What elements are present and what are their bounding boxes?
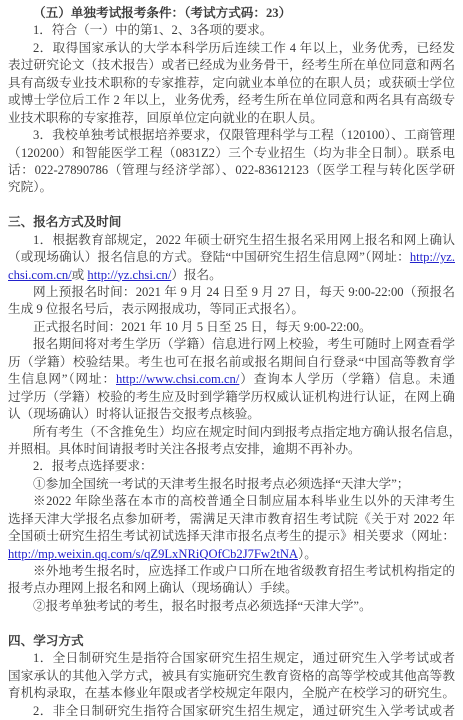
text-line: ②报考单独考试的考生，报名时报考点必须选择“天津大学”。	[8, 598, 455, 615]
document-body: （五）单独考试报考条件：（考试方式码：23）1．符合（一）中的第1、2、3各项的…	[8, 5, 455, 720]
text-segment: 生成 9 位报名号后，表示网报成功，等同正式报名）。	[8, 302, 304, 316]
text-segment: （120200）和智能医学工程（0831Z2）三个专业招生（均为非全日制）。联系…	[8, 146, 455, 160]
text-line: 全国硕士研究生招生考试初试选择天津市报名点考生的提示》相关要求（网址：	[8, 528, 455, 545]
text-segment: 1．符合（一）中的第1、2、3各项的要求。	[33, 23, 272, 37]
text-line: 具有高级专业技术职称的专家推荐，定向就业本单位的在职人员；或获硕士学位	[8, 75, 455, 92]
text-segment: 认（现场确认）时将认证报告交报考点核验。	[8, 407, 260, 421]
text-segment: 具有高级专业技术职称的专家推荐，定向就业本单位的在职人员；或获硕士学位	[8, 76, 455, 90]
text-segment: 网上预报名时间：2021 年 9 月 24 日至 9 月 27 日，每天 9:0…	[33, 285, 455, 299]
text-line: 1．根据教育部规定，2022 年硕士研究生招生报名采用网上报名和网上确认	[8, 232, 455, 249]
text-line: 业技术职称的专家推荐，回原单位定向就业的在职人员。	[8, 110, 455, 127]
text-segment: 国家承认的其他入学方式，被具有实施研究生教育资格的高等学校或其他高等教	[8, 669, 455, 683]
text-line: 并照相。具体时间请报考时关注各报考点安排，逾期不再补办。	[8, 441, 455, 458]
text-segment: 过学历（学籍）校验的考生应及时到学籍学历权威认证机构进行认证，在网上确	[8, 390, 455, 404]
text-segment: 四、学习方式	[8, 634, 84, 648]
text-segment: （五）单独考试报考条件：（考试方式码：23）	[33, 6, 291, 20]
text-segment: 或	[72, 268, 88, 282]
text-segment: 历（学籍）校验结果。考生也可在报名前或报名期间自行登录“中国高等教育学	[8, 355, 455, 369]
text-segment: 2．非全日制研究生指符合国家研究生招生规定，通过研究生入学考试或者	[33, 704, 455, 718]
text-segment: ）报名。	[171, 268, 221, 282]
text-segment: 2．取得国家承认的大学本科学历后连续工作 4 年以上，业务优秀，已经发	[33, 41, 455, 55]
text-line: 1．符合（一）中的第1、2、3各项的要求。	[8, 22, 455, 39]
text-segment: ）查询本人学历（学籍）信息。未通	[239, 372, 455, 386]
text-line: 选择天津大学报名点参加研考，需满足天津市教育招生考试院《关于对 2022 年	[8, 511, 455, 528]
text-line: 生成 9 位报名号后，表示网报成功，等同正式报名）。	[8, 301, 455, 318]
text-segment: 选择天津大学报名点参加研考，需满足天津市教育招生考试院《关于对 2022 年	[8, 512, 455, 526]
text-segment: 话：022-27890786（管理与经济学部）、022-83612123（医学工…	[8, 163, 455, 177]
text-line: 生信息网”（网址：http://www.chsi.com.cn/）查询本人学历（…	[8, 371, 455, 388]
text-line: 网上预报名时间：2021 年 9 月 24 日至 9 月 27 日，每天 9:0…	[8, 284, 455, 301]
text-line: http://mp.weixin.qq.com/s/qZ9LxNRiQOfCb2…	[8, 546, 455, 563]
text-segment: 全国硕士研究生招生考试初试选择天津市报名点考生的提示》相关要求（网址：	[8, 529, 455, 543]
text-segment: 所有考生（不含推免生）均应在规定时间内到报考点指定地方确认报名信息，	[33, 425, 455, 439]
blank-line	[8, 197, 455, 214]
text-segment: ①参加全国统一考试的天津考生报名时报考点必须选择“天津大学”；	[33, 477, 409, 491]
text-line: 究院）。	[8, 179, 455, 196]
text-line: 报考点办理网上报名和网上确认（现场确认）手续。	[8, 580, 455, 597]
text-line: 2．报考点选择要求：	[8, 458, 455, 475]
text-line: 育机构录取，在基本修业年限或者学校规定年限内，全脱产在校学习的研究生。	[8, 685, 455, 702]
text-line: ①参加全国统一考试的天津考生报名时报考点必须选择“天津大学”；	[8, 476, 455, 493]
text-segment: ※2022 年除坐落在本市的高校普通全日制应届本科毕业生以外的天津考生	[33, 494, 455, 508]
text-segment: ）。	[298, 547, 317, 561]
section-heading: 三、报名方式及时间	[8, 214, 455, 231]
text-segment: 表过研究论文（技术报告）或者已经成为业务骨干，经考生所在单位同意和两名	[8, 58, 455, 72]
text-line: 2．取得国家承认的大学本科学历后连续工作 4 年以上，业务优秀，已经发	[8, 40, 455, 57]
text-line: ※外地考生报名时，应选择工作或户口所在地省级教育招生考试机构指定的	[8, 563, 455, 580]
text-segment: 2．报考点选择要求：	[33, 459, 153, 473]
hyperlink[interactable]: http://www.chsi.com.cn/	[116, 372, 239, 386]
text-segment: 1．全日制研究生是指符合国家研究生招生规定，通过研究生入学考试或者	[33, 651, 455, 665]
text-line: 国家承认的其他入学方式，被具有实施研究生教育资格的高等学校或其他高等教	[8, 668, 455, 685]
text-segment: 并照相。具体时间请报考时关注各报考点安排，逾期不再补办。	[8, 442, 361, 456]
text-segment: 生信息网”（网址：	[8, 372, 116, 386]
section-heading: （五）单独考试报考条件：（考试方式码：23）	[8, 5, 455, 22]
text-segment: 正式报名时间：2021 年 10 月 5 日至 25 日，每天 9:00-22:…	[33, 320, 372, 334]
hyperlink[interactable]: http://yz.	[410, 250, 455, 264]
document-page: （五）单独考试报考条件：（考试方式码：23）1．符合（一）中的第1、2、3各项的…	[0, 0, 463, 720]
text-segment: 究院）。	[8, 180, 52, 194]
text-segment: 或博士学位后工作 2 年以上，业务优秀，经考生所在单位同意和两名具有高级专	[8, 93, 455, 107]
blank-line	[8, 615, 455, 632]
text-segment: 育机构录取，在基本修业年限或者学校规定年限内，全脱产在校学习的研究生。	[8, 686, 455, 700]
text-segment: ②报考单独考试的考生，报名时报考点必须选择“天津大学”。	[33, 599, 372, 613]
text-segment: 1．根据教育部规定，2022 年硕士研究生招生报名采用网上报名和网上确认	[33, 233, 455, 247]
text-segment: 3．我校单独考试根据培养要求，仅限管理科学与工程（120100）、工商管理	[33, 128, 455, 142]
text-line: chsi.com.cn/或 http://yz.chsi.cn/）报名。	[8, 267, 455, 284]
text-segment: 报考点办理网上报名和网上确认（现场确认）手续。	[8, 581, 298, 595]
text-line: 所有考生（不含推免生）均应在规定时间内到报考点指定地方确认报名信息，	[8, 424, 455, 441]
text-segment: 报名期间将对考生学历（学籍）信息进行网上校验，考生可随时上网查看学	[33, 337, 455, 351]
text-line: 或博士学位后工作 2 年以上，业务优秀，经考生所在单位同意和两名具有高级专	[8, 92, 455, 109]
text-line: 1．全日制研究生是指符合国家研究生招生规定，通过研究生入学考试或者	[8, 650, 455, 667]
text-segment: （或现场确认）报名信息的方式。登陆“中国研究生招生信息网”（网址：	[8, 250, 410, 264]
text-line: 报名期间将对考生学历（学籍）信息进行网上校验，考生可随时上网查看学	[8, 336, 455, 353]
text-line: 过学历（学籍）校验的考生应及时到学籍学历权威认证机构进行认证，在网上确	[8, 389, 455, 406]
text-line: 3．我校单独考试根据培养要求，仅限管理科学与工程（120100）、工商管理	[8, 127, 455, 144]
text-line: 表过研究论文（技术报告）或者已经成为业务骨干，经考生所在单位同意和两名	[8, 57, 455, 74]
hyperlink[interactable]: http://mp.weixin.qq.com/s/qZ9LxNRiQOfCb2…	[8, 547, 298, 561]
text-line: ※2022 年除坐落在本市的高校普通全日制应届本科毕业生以外的天津考生	[8, 493, 455, 510]
text-segment: 三、报名方式及时间	[8, 215, 121, 229]
text-segment: ※外地考生报名时，应选择工作或户口所在地省级教育招生考试机构指定的	[33, 564, 455, 578]
section-heading: 四、学习方式	[8, 633, 455, 650]
text-segment: 业技术职称的专家推荐，回原单位定向就业的在职人员。	[8, 111, 323, 125]
text-line: 历（学籍）校验结果。考生也可在报名前或报名期间自行登录“中国高等教育学	[8, 354, 455, 371]
text-line: 认（现场确认）时将认证报告交报考点核验。	[8, 406, 455, 423]
hyperlink[interactable]: http://yz.chsi.cn/	[87, 268, 171, 282]
text-line: 正式报名时间：2021 年 10 月 5 日至 25 日，每天 9:00-22:…	[8, 319, 455, 336]
text-line: 2．非全日制研究生指符合国家研究生招生规定，通过研究生入学考试或者	[8, 703, 455, 720]
text-line: 话：022-27890786（管理与经济学部）、022-83612123（医学工…	[8, 162, 455, 179]
text-line: （120200）和智能医学工程（0831Z2）三个专业招生（均为非全日制）。联系…	[8, 145, 455, 162]
hyperlink[interactable]: chsi.com.cn/	[8, 268, 72, 282]
text-line: （或现场确认）报名信息的方式。登陆“中国研究生招生信息网”（网址：http://…	[8, 249, 455, 266]
